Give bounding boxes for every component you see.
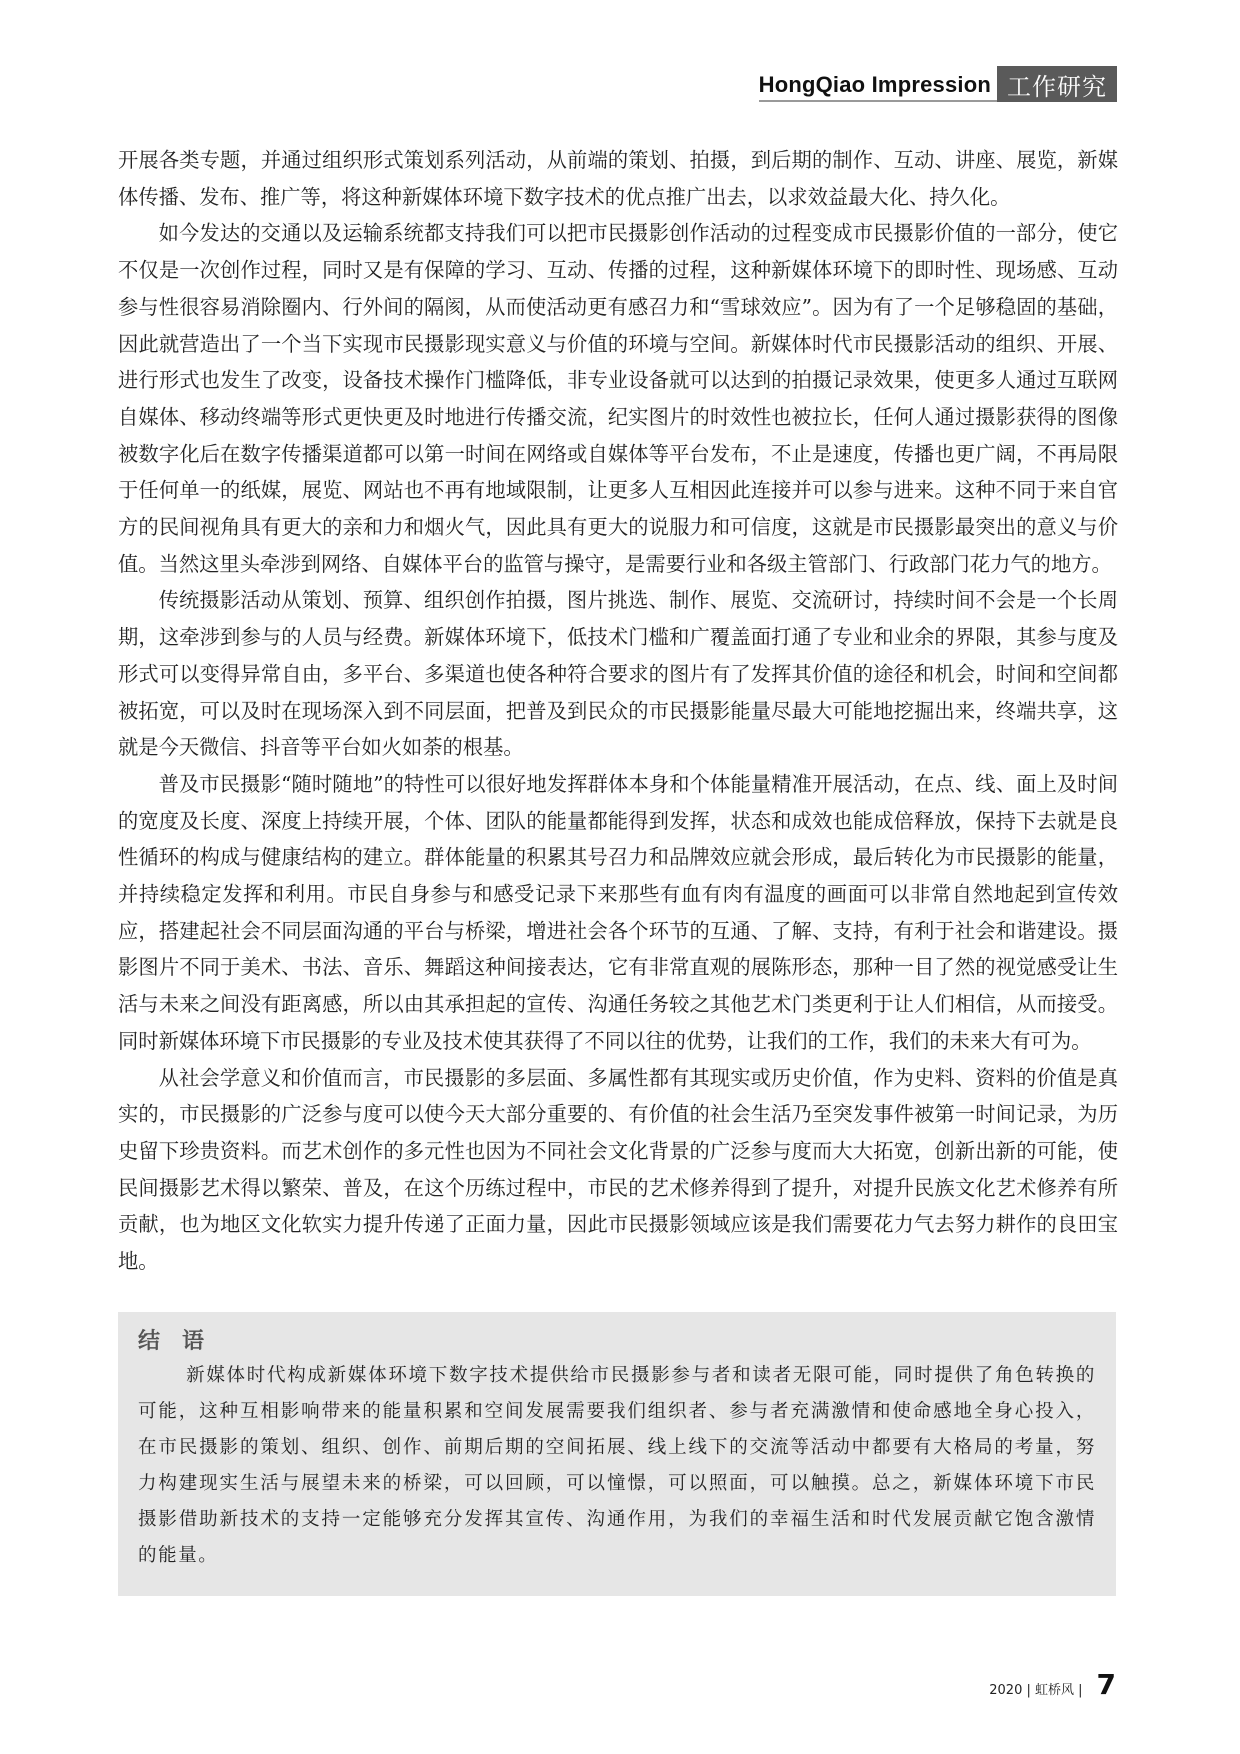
paragraph: 普及市民摄影“随时随地”的特性可以很好地发挥群体本身和个体能量精准开展活动，在点… <box>118 766 1118 1060</box>
paragraph: 从社会学意义和价值而言，市民摄影的多层面、多属性都有其现实或历史价值，作为史料、… <box>118 1060 1118 1280</box>
conclusion-title: 结语 <box>138 1324 1096 1358</box>
article-body: 开展各类专题，并通过组织形式策划系列活动，从前端的策划、拍摄，到后期的制作、互动… <box>118 142 1118 1280</box>
running-header: HongQiao Impression 工作研究 <box>759 66 1117 102</box>
magazine-name: HongQiao Impression <box>759 70 997 102</box>
paragraph: 如今发达的交通以及运输系统都支持我们可以把市民摄影创作活动的过程变成市民摄影价值… <box>118 215 1118 582</box>
page-number: 7 <box>1097 1668 1116 1701</box>
paragraph: 传统摄影活动从策划、预算、组织创作拍摄，图片挑选、制作、展览、交流研讨，持续时间… <box>118 582 1118 766</box>
issue-info: 2020 | 虹桥风 | <box>989 1679 1082 1698</box>
section-tag: 工作研究 <box>997 66 1117 102</box>
paragraph: 开展各类专题，并通过组织形式策划系列活动，从前端的策划、拍摄，到后期的制作、互动… <box>118 142 1118 215</box>
page-footer: 2020 | 虹桥风 | 7 <box>989 1668 1116 1701</box>
conclusion-body: 新媒体时代构成新媒体环境下数字技术提供给市民摄影参与者和读者无限可能，同时提供了… <box>138 1358 1096 1574</box>
conclusion-box: 结语 新媒体时代构成新媒体环境下数字技术提供给市民摄影参与者和读者无限可能，同时… <box>118 1312 1116 1596</box>
